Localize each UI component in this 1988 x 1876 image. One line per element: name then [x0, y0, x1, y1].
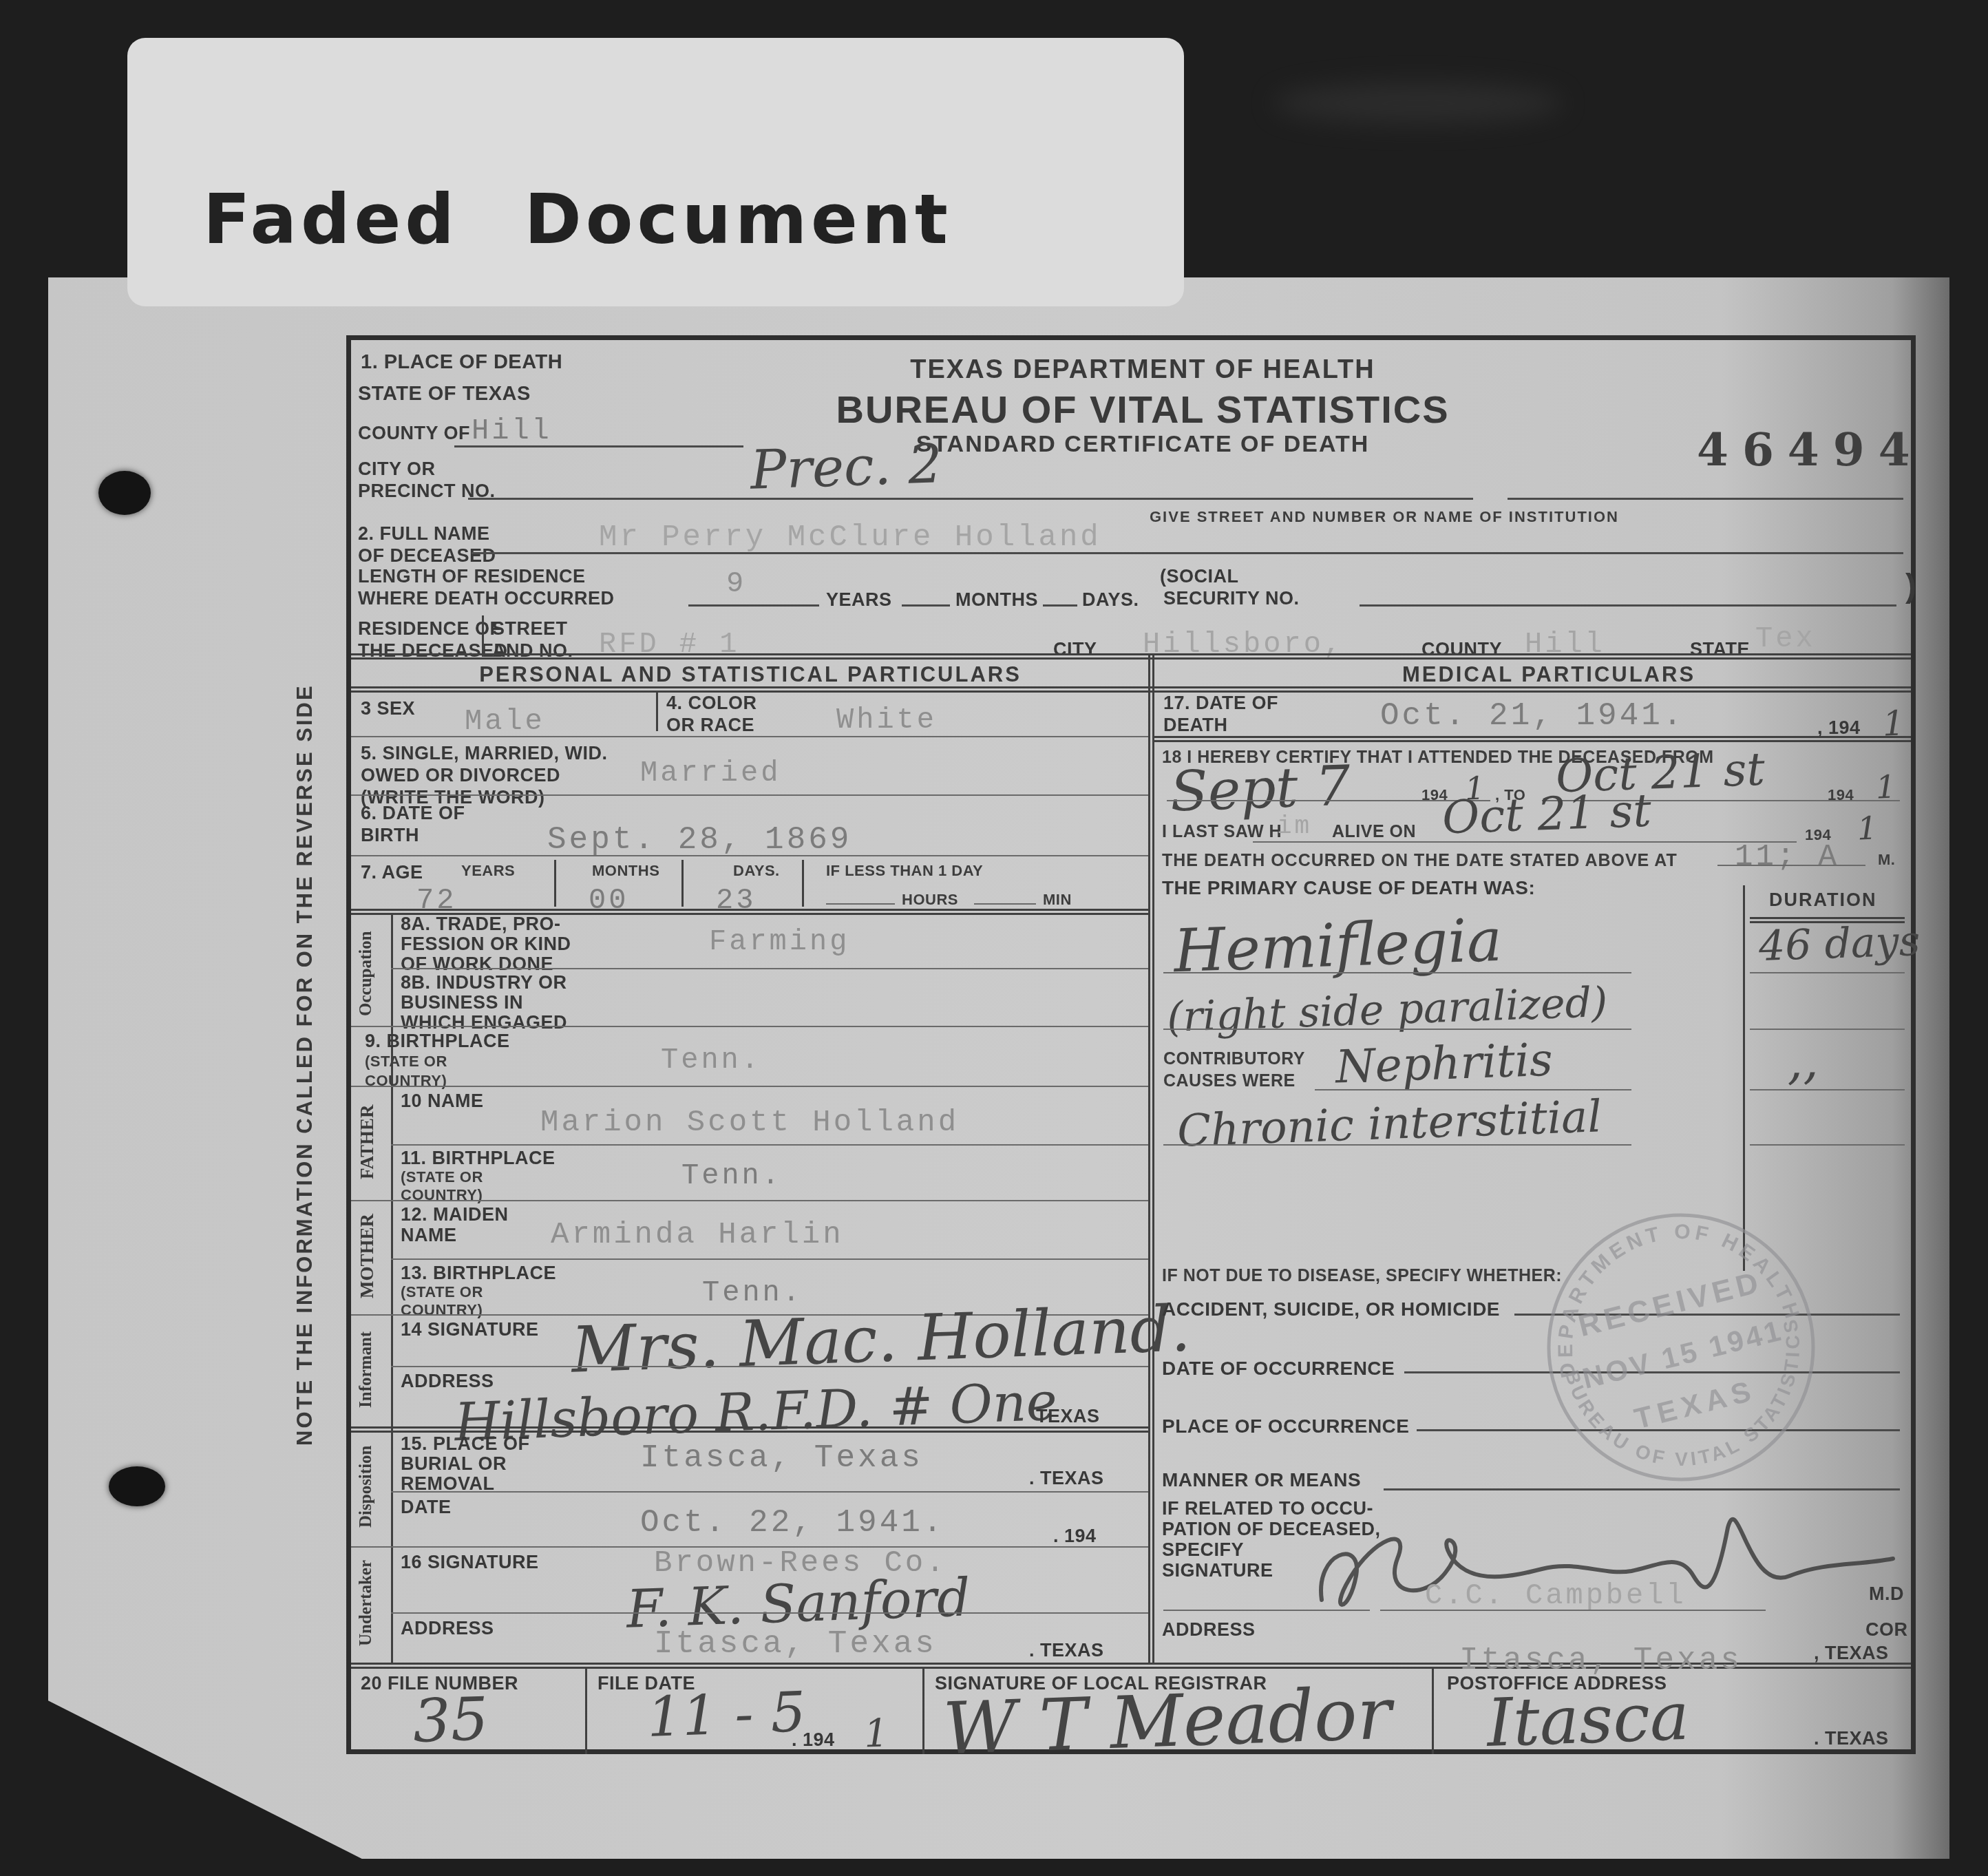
residence-of-label: RESIDENCE OF: [358, 618, 502, 640]
film-smudge: [1273, 83, 1563, 124]
race-value: White: [836, 704, 937, 737]
attended-from-value: Sept 7: [1169, 753, 1351, 823]
physician-line-1: [1163, 1610, 1370, 1611]
informant-texas: TEXAS: [1036, 1406, 1100, 1427]
received-stamp: DEPARTMENT OF HEALTH BUREAU OF VITAL STA…: [1505, 1172, 1856, 1522]
undertaker-addr-label: ADDRESS: [401, 1618, 494, 1639]
bp13-stateor: (STATE OR: [401, 1283, 483, 1301]
physician-sig-label: SIGNATURE: [1162, 1560, 1273, 1581]
last-saw-label: I LAST SAW H: [1162, 822, 1282, 842]
state-of-texas-label: STATE OF TEXAS: [358, 383, 531, 405]
row15-rule: [391, 1491, 1148, 1493]
residence-state-value: Tex: [1755, 622, 1816, 655]
dept-header: TEXAS DEPARTMENT OF HEALTH: [626, 355, 1659, 385]
last-saw-date-value: Oct 21 st: [1441, 784, 1652, 845]
social-label-1: (SOCIAL: [1160, 566, 1239, 587]
row6-rule: [351, 855, 1148, 856]
bp11-stateor: (STATE OR: [401, 1168, 483, 1186]
days-label: DAYS.: [1082, 589, 1139, 611]
bp11-country: COUNTRY): [401, 1186, 483, 1204]
fullname-underline: [472, 552, 1903, 554]
informant-bottom-rule: [351, 1426, 1148, 1433]
age-div-3: [802, 860, 804, 907]
bp9-stateor: (STATE OR: [365, 1053, 447, 1071]
marital-value: Married: [640, 757, 781, 790]
personal-section-header: PERSONAL AND STATISTICAL PARTICULARS: [392, 662, 1108, 687]
days-line: [1043, 604, 1077, 607]
min-label: MIN: [1043, 891, 1072, 909]
burial-texas: . TEXAS: [1029, 1468, 1104, 1489]
hours-line: [826, 903, 895, 905]
months-line: [902, 604, 950, 607]
cause-duration-value: 46 days: [1758, 917, 1921, 971]
undertaker-texas: . TEXAS: [1029, 1640, 1104, 1661]
certify-194b: 194: [1828, 786, 1854, 804]
cause-line-2: [1163, 1029, 1631, 1030]
physician-name-typed: C.C. Campbell: [1425, 1579, 1686, 1612]
months-label: MONTHS: [955, 589, 1038, 611]
informant-sig-label: 14 SIGNATURE: [401, 1319, 539, 1340]
residence-years-value: 9: [726, 567, 746, 600]
row12-rule: [391, 1258, 1148, 1260]
bp11-label: 11. BIRTHPLACE: [401, 1148, 556, 1169]
years-label: YEARS: [826, 589, 892, 611]
hours-label: HOURS: [902, 891, 958, 909]
trade-label-1: 8A. TRADE, PRO-: [401, 914, 561, 935]
social-label-2: SECURITY NO.: [1163, 588, 1300, 609]
industry-label-2: BUSINESS IN: [401, 992, 523, 1013]
death-time-value: 11; A: [1735, 840, 1839, 874]
dob-label-2: BIRTH: [361, 825, 419, 846]
father-name-value: Marion Scott Holland: [540, 1106, 959, 1140]
primary-cause-value-2: (right side paralized): [1166, 978, 1608, 1042]
certificate-number: 46494: [1697, 423, 1924, 476]
primary-cause-value: Hemiflegia: [1172, 906, 1503, 987]
po-texas: . TEXAS: [1814, 1728, 1889, 1749]
faded-document-label: Faded Document: [203, 179, 952, 260]
length-residence-label-2: WHERE DEATH OCCURRED: [358, 588, 615, 609]
scanned-microfilm-frame: { "overlay": { "title": "Faded Document"…: [0, 0, 1988, 1876]
medical-section-header: MEDICAL PARTICULARS: [1273, 662, 1824, 687]
father-group-label: FATHER: [357, 1087, 378, 1197]
contrib-duration-ditto: ‚‚: [1786, 1031, 1819, 1090]
disposition-date-label: DATE: [401, 1497, 452, 1518]
dob-label-1: 6. DATE OF: [361, 803, 465, 824]
occupation-value: Farming: [709, 925, 849, 958]
age-label: 7. AGE: [361, 862, 423, 883]
row3-rule: [351, 736, 1148, 737]
row8a-rule: [391, 968, 1148, 969]
physician-texas: , TEXAS: [1814, 1643, 1889, 1664]
bp13-label: 13. BIRTHPLACE: [401, 1263, 556, 1284]
death-certificate-form: 1. PLACE OF DEATH STATE OF TEXAS TEXAS D…: [346, 335, 1916, 1754]
file-div-2: [922, 1667, 924, 1754]
bp9-label: 9. BIRTHPLACE: [365, 1031, 510, 1052]
color-label-2: OR RACE: [666, 715, 754, 736]
age-div-1: [554, 860, 556, 907]
column-divider: [1148, 653, 1154, 1663]
stamp-state: TEXAS: [1631, 1373, 1759, 1435]
duration-line-2: [1750, 1029, 1905, 1030]
death-time-line: [1717, 865, 1865, 866]
if-less-label: IF LESS THAN 1 DAY: [826, 862, 983, 880]
place-occ-label: PLACE OF OCCURRENCE: [1162, 1415, 1410, 1437]
give-street-note: GIVE STREET AND NUMBER OR NAME OF INSTIT…: [1150, 508, 1619, 526]
faded-document-card: Faded Document: [127, 38, 1184, 306]
dob-value: Sept. 28, 1869: [547, 822, 852, 858]
residence-bottom-rule: [351, 653, 1911, 660]
section-bottom-rule: [351, 686, 1911, 693]
if-not-due-label: IF NOT DUE TO DISEASE, SPECIFY WHETHER:: [1162, 1266, 1562, 1286]
md-label: M.D: [1869, 1583, 1904, 1605]
sex-color-divider: [656, 693, 658, 731]
marital-label-2: OWED OR DIVORCED: [361, 765, 560, 786]
occupation-group-label: Occupation: [357, 918, 376, 1029]
duration-label: DURATION: [1769, 889, 1876, 911]
file-year-digit: 1: [863, 1711, 889, 1756]
cause-line-1: [1163, 972, 1631, 973]
maiden-name-value: Arminda Harlin: [551, 1218, 844, 1252]
dod-label-2: DEATH: [1163, 715, 1228, 736]
manner-label: MANNER OR MEANS: [1162, 1469, 1361, 1491]
contrib-line: [1315, 1089, 1631, 1090]
row16-rule: [391, 1612, 1148, 1614]
contrib-value-2: Chronic interstitial: [1176, 1091, 1603, 1157]
bp13-value: Tenn.: [702, 1276, 803, 1309]
if-rel-label-3: SPECIFY: [1162, 1539, 1244, 1561]
color-label-1: 4. COLOR: [666, 693, 757, 714]
last-saw-line: [1253, 841, 1797, 843]
age-div-2: [681, 860, 684, 907]
age-years-label: YEARS: [461, 862, 515, 880]
age-days-label: DAYS.: [733, 862, 780, 880]
date-occ-label: DATE OF OCCURRENCE: [1162, 1358, 1395, 1380]
file-number-value: 35: [412, 1685, 489, 1756]
reverse-side-note: NOTE THE INFORMATION CALLED FOR ON THE R…: [293, 606, 317, 1446]
dod-rule: [1154, 736, 1911, 742]
fullname-label-1: 2. FULL NAME: [358, 523, 490, 545]
length-residence-label-1: LENGTH OF RESIDENCE: [358, 566, 586, 587]
physician-addr-label: ADDRESS: [1162, 1619, 1256, 1641]
disposition-group-label: Disposition: [357, 1431, 376, 1541]
min-line: [974, 903, 1036, 905]
age-months-label: MONTHS: [592, 862, 659, 880]
bureau-header: BUREAU OF VITAL STATISTICS: [626, 387, 1659, 432]
precinct-underline-2: [1508, 498, 1903, 500]
contrib-line-2: [1163, 1144, 1631, 1146]
burial-label-1: 15. PLACE OF: [401, 1433, 530, 1455]
fullname-label-2: OF DECEASED: [358, 545, 496, 567]
informant-signature: Mrs. Mac. Holland.: [570, 1292, 1192, 1387]
row8b-rule: [351, 1026, 1148, 1027]
him-value: im: [1277, 812, 1312, 841]
ssn-line: [1360, 604, 1896, 607]
undertaker-group-label: Undertaker: [357, 1548, 376, 1658]
informant-group-label: Informant: [357, 1314, 376, 1424]
sex-value: Male: [465, 705, 545, 738]
last-saw-year: 1: [1857, 810, 1878, 847]
bp13-country: COUNTRY): [401, 1301, 483, 1319]
precinct-underline: [468, 498, 1473, 500]
place-of-death-label: 1. PLACE OF DEATH: [361, 351, 562, 374]
informant-addr-label: ADDRESS: [401, 1371, 494, 1392]
row14-rule: [391, 1366, 1148, 1367]
father-name-label: 10 NAME: [401, 1090, 484, 1112]
county-of-label: COUNTY OF: [358, 423, 470, 444]
punch-hole: [98, 471, 151, 515]
dod-value: Oct. 21, 1941.: [1380, 698, 1684, 734]
burial-value: Itasca, Texas: [640, 1440, 923, 1476]
contrib-label-2: CAUSES WERE: [1163, 1071, 1296, 1091]
deceased-name-value: Mr Perry McClure Holland: [599, 520, 1101, 555]
duration-line-4: [1750, 1144, 1905, 1146]
po-address-value: Itasca: [1485, 1678, 1691, 1762]
accident-label: ACCIDENT, SUICIDE, OR HOMICIDE: [1162, 1298, 1500, 1320]
disposition-date-value: Oct. 22, 1941.: [640, 1505, 944, 1541]
maiden-label-2: NAME: [401, 1225, 457, 1246]
duration-line-1: [1750, 972, 1905, 973]
undertaker-addr-value: Itasca, Texas: [654, 1626, 937, 1662]
file-div-3: [1432, 1667, 1434, 1754]
alive-on-label: ALIVE ON: [1332, 822, 1416, 842]
bp11-value: Tenn.: [681, 1159, 782, 1192]
contrib-value: Nephritis: [1335, 1033, 1554, 1094]
cor-label: COR: [1865, 1619, 1908, 1641]
paren-close: ): [1905, 567, 1916, 605]
residence-divider-bar: [482, 615, 484, 657]
row11-rule: [351, 1200, 1148, 1201]
trade-label-2: FESSION OR KIND: [401, 934, 571, 955]
mother-group-label: MOTHER: [357, 1201, 378, 1311]
sex-label: 3 SEX: [361, 698, 415, 719]
precinct-value-handwritten: Prec. 2: [750, 433, 944, 502]
row10-rule: [391, 1144, 1148, 1146]
bp9-country: COUNTRY): [365, 1072, 447, 1090]
m-label: M.: [1878, 851, 1895, 869]
years-line: [688, 604, 819, 607]
file-194: . 194: [792, 1729, 835, 1751]
maiden-label-1: 12. MAIDEN: [401, 1204, 509, 1225]
file-date-value: 11 - 5: [646, 1680, 807, 1749]
contrib-label-1: CONTRIBUTORY: [1163, 1049, 1305, 1069]
duration-line-3: [1750, 1089, 1905, 1090]
burial-label-2: BURIAL OR: [401, 1453, 507, 1475]
primary-cause-label: THE PRIMARY CAUSE OF DEATH WAS:: [1162, 877, 1535, 899]
dod-label-1: 17. DATE OF: [1163, 693, 1278, 714]
street-label-1: STREET: [492, 618, 568, 640]
physician-line-2: [1380, 1610, 1766, 1611]
punch-hole: [109, 1466, 165, 1506]
file-div-1: [585, 1667, 587, 1754]
row9-rule: [351, 1086, 1148, 1087]
undertaker-sig-label: 16 SIGNATURE: [401, 1552, 539, 1573]
county-value: Hill: [472, 414, 552, 447]
row5-rule: [351, 794, 1148, 796]
disposition-194: . 194: [1053, 1526, 1097, 1547]
industry-label-1: 8B. INDUSTRY OR: [401, 972, 567, 993]
registrar-signature: W T Meador: [942, 1672, 1393, 1771]
marital-label-1: 5. SINGLE, MARRIED, WID.: [361, 743, 608, 764]
city-or-label: CITY OR: [358, 459, 436, 480]
county-underline: [454, 445, 743, 447]
death-occurred-label: THE DEATH OCCURRED ON THE DATE STATED AB…: [1162, 851, 1678, 871]
bp9-value: Tenn.: [661, 1044, 761, 1077]
